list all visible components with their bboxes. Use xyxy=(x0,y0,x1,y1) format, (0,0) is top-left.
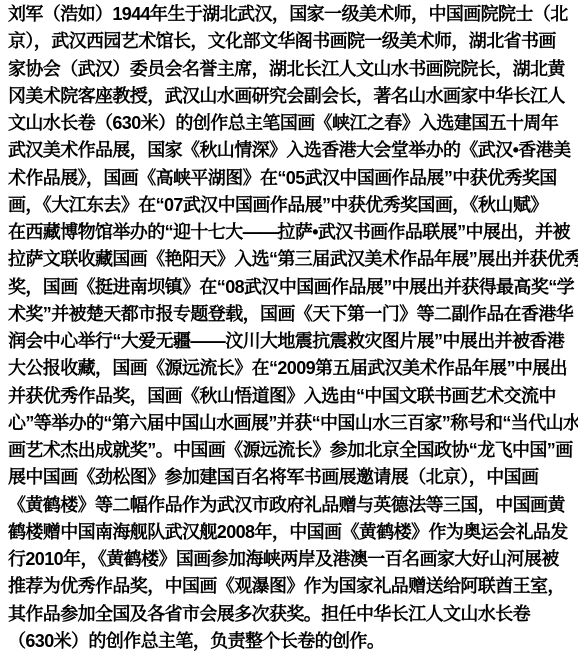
text-line: 展中国画《劲松图》参加建国百名将军书画展邀请展（北京），中国画 xyxy=(8,464,575,491)
text-line: 其作品参加全国及各省市会展多次获奖。担任中华长江人文山水长卷 xyxy=(8,601,575,628)
text-line: 鹤楼赠中国南海舰队武汉舰2008年，中国画《黄鹤楼》作为奥运会礼品发 xyxy=(8,519,575,546)
text-line: 并获优秀作品奖，国画《秋山悟道图》入选由“中国文联书画艺术交流中 xyxy=(8,383,575,410)
text-line: 术作品展》，国画《高峡平湖图》在“05武汉中国画作品展”中获优秀奖国 xyxy=(8,165,575,192)
text-line: 武汉美术作品展，国家《秋山情深》入选香港大会堂举办的《武汉•香港美 xyxy=(8,137,575,164)
text-line: 大公报收藏，国画《源远流长》在“2009第五届武汉美术作品年展”中展出 xyxy=(8,355,575,382)
text-line: 术奖”并被楚天都市报专题登载，国画《天下第一门》等二副作品在香港华 xyxy=(8,301,575,328)
text-line: 画，《大江东去》在“07武汉中国画作品展”中获优秀奖国画，《秋山赋》 xyxy=(8,192,575,219)
text-line: 在西藏博物馆举办的“迎十七大——拉萨•武汉书画作品联展”中展出，并被 xyxy=(8,219,575,246)
document-page: 刘军（浩如）1944年生于湖北武汉，国家一级美术师，中国画院院士（北 京），武汉… xyxy=(0,0,578,655)
biography-text-block: 刘军（浩如）1944年生于湖北武汉，国家一级美术师，中国画院院士（北 京），武汉… xyxy=(0,0,578,655)
text-line: 画艺术杰出成就奖”。中国画《源远流长》参加北京全国政协“龙飞中国”画 xyxy=(8,437,575,464)
text-line: 冈美术院客座教授，武汉山水画研究会副会长，著名山水画家中华长江人 xyxy=(8,83,575,110)
text-line: 推荐为优秀作品奖，中国画《观瀑图》作为国家礼品赠送给阿联酋王室， xyxy=(8,573,575,600)
text-line: 《黄鹤楼》等二幅作品作为武汉市政府礼品赠与英德法等三国，中国画黄 xyxy=(8,492,575,519)
text-line: （630米）的创作总主笔，负责整个长卷的创作。 xyxy=(8,628,575,655)
text-line: 奖，国画《挺进南坝镇》在“08武汉中国画作品展”中展出并获得最高奖“学 xyxy=(8,274,575,301)
text-line: 京），武汉西园艺术馆长，文化部文华阁书画院一级美术师，湖北省书画 xyxy=(8,28,575,55)
text-line: 刘军（浩如）1944年生于湖北武汉，国家一级美术师，中国画院院士（北 xyxy=(8,1,575,28)
text-line: 文山水长卷（630米）的创作总主笔国画《峡江之春》入选建国五十周年 xyxy=(8,110,575,137)
text-line: 行2010年，《黄鹤楼》国画参加海峡两岸及港澳一百名画家大好山河展被 xyxy=(8,546,575,573)
text-line: 拉萨文联收藏国画《艳阳天》入选“第三届武汉美术作品年展”展出并获优秀 xyxy=(8,246,575,273)
text-line: 润会中心举行“大爱无疆——汶川大地震抗震救灾图片展”中展出并被香港 xyxy=(8,328,575,355)
text-line: 家协会（武汉）委员会名誉主席，湖北长江人文山水书画院院长，湖北黄 xyxy=(8,56,575,83)
text-line: 心”等举办的“第六届中国山水画展”并获“中国山水三百家”称号和“当代山水 xyxy=(8,410,575,437)
